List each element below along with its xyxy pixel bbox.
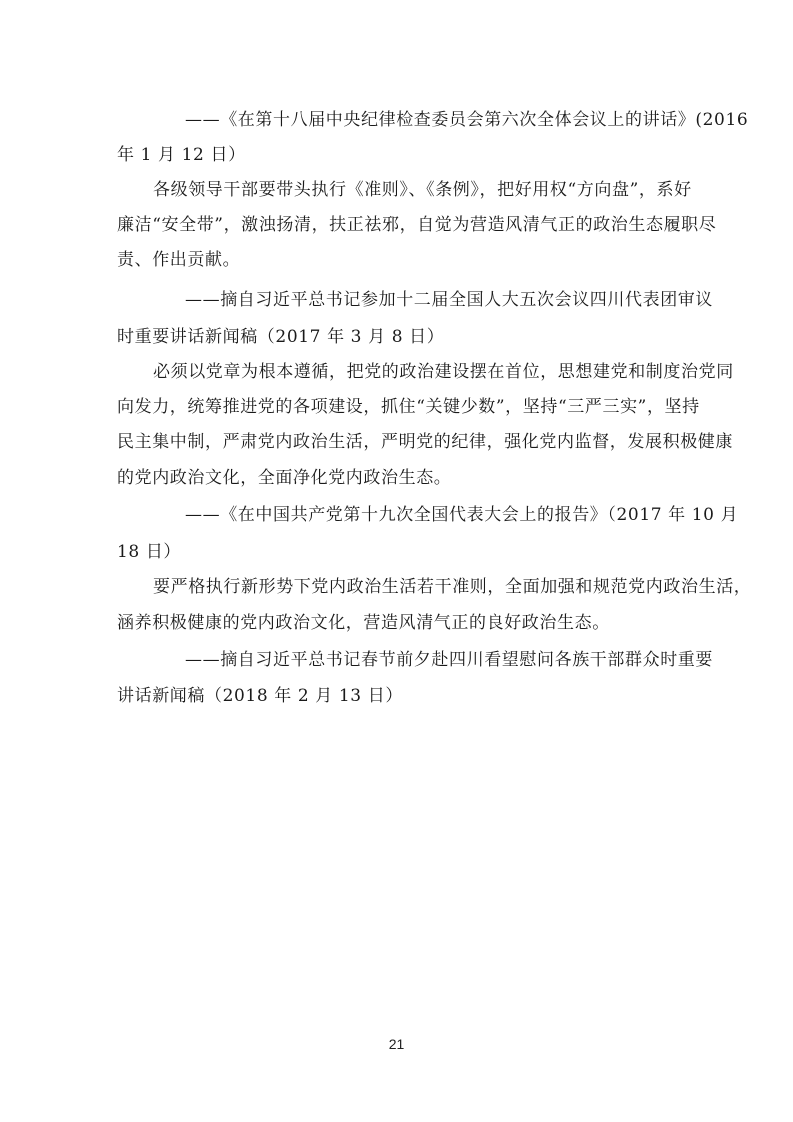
source-citation-line: ——《在第十八届中央纪律检查委员会第六次全体会议上的讲话》(2016 [185,110,748,130]
paragraph-line: 的党内政治文化，全面净化党内政治生态。 [117,468,451,488]
source-citation-line: 年 1 月 12 日） [117,145,246,165]
source-citation-line: 时重要讲话新闻稿（2017 年 3 月 8 日） [117,327,444,347]
paragraph-line: 必须以党章为根本遵循，把党的政治建设摆在首位，思想建党和制度治党同 [153,362,734,382]
paragraph-line: 向发力，统筹推进党的各项建设，抓住“关键少数”，坚持“三严三实”，坚持 [117,397,700,417]
paragraph-line: 要严格执行新形势下党内政治生活若干准则，全面加强和规范党内政治生活， [153,577,751,597]
source-citation-line: 讲话新闻稿（2018 年 2 月 13 日） [117,686,403,706]
page-number: 21 [0,1036,793,1052]
paragraph-line: 各级领导干部要带头执行《准则》、《条例》，把好用权“方向盘”，系好 [153,180,692,200]
document-page: ——《在第十八届中央纪律检查委员会第六次全体会议上的讲话》(2016 年 1 月… [0,0,793,1122]
source-citation-line: 18 日） [117,542,181,562]
source-citation-line: ——摘自习近平总书记参加十二届全国人大五次会议四川代表团审议 [185,290,713,310]
paragraph-line: 民主集中制，严肃党内政治生活，严明党的纪律，强化党内监督，发展积极健康 [117,432,733,452]
source-citation-line: ——摘自习近平总书记春节前夕赴四川看望慰问各族干部群众时重要 [185,650,713,670]
paragraph-line: 责、作出贡献。 [117,250,240,270]
source-citation-line: ——《在中国共产党第十九次全国代表大会上的报告》（2017 年 10 月 [185,505,738,525]
paragraph-line: 廉洁“安全带”，激浊扬清，扶正祛邪，自觉为营造风清气正的政治生态履职尽 [117,215,716,235]
paragraph-line: 涵养积极健康的党内政治文化，营造风清气正的良好政治生态。 [117,613,610,633]
